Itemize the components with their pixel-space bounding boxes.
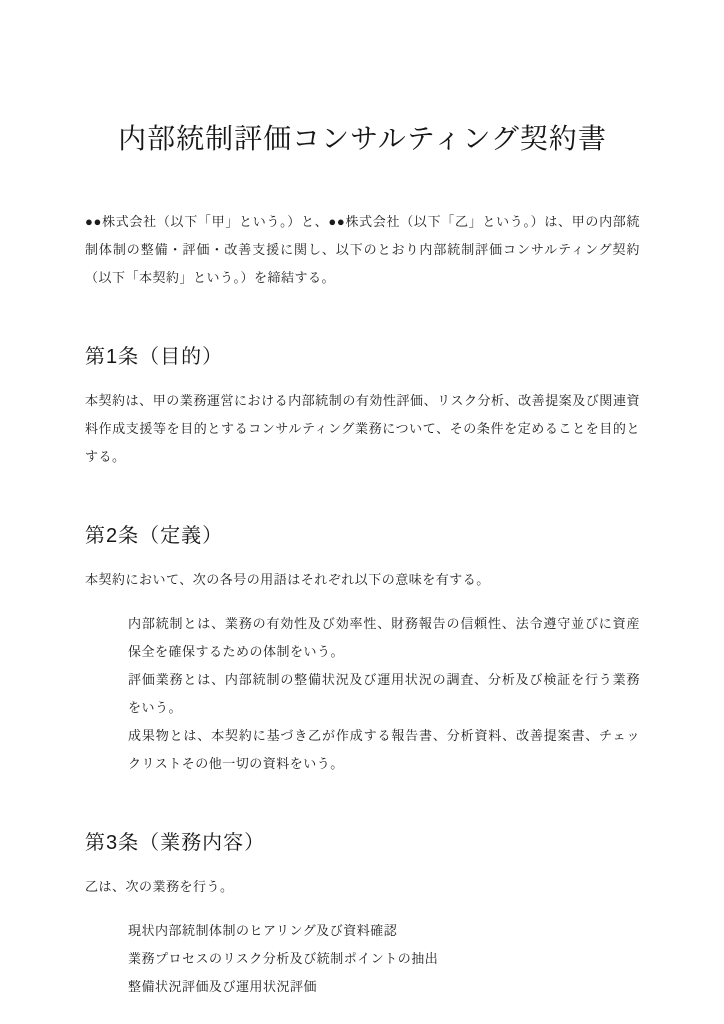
article-2-heading: 第2条（定義） — [85, 521, 640, 551]
contract-document-page: 内部統制評価コンサルティング契約書 ●●株式会社（以下「甲」という。）と、●●株… — [0, 0, 724, 1024]
task-item-hearing-and-document-check: 現状内部統制体制のヒアリング及び資料確認 — [128, 917, 640, 945]
definition-item-evaluation-work: 評価業務とは、内部統制の整備状況及び運用状況の調査、分析及び検証を行う業務をいう… — [128, 666, 640, 722]
article-1-body: 本契約は、甲の業務運営における内部統制の有効性評価、リスク分析、改善提案及び関連… — [85, 387, 640, 471]
article-1-heading: 第1条（目的） — [85, 342, 640, 372]
definition-item-deliverables: 成果物とは、本契約に基づき乙が作成する報告書、分析資料、改善提案書、チェックリス… — [128, 722, 640, 778]
article-2-definition-list: 内部統制とは、業務の有効性及び効率性、財務報告の信頼性、法令遵守並びに資産保全を… — [85, 610, 640, 778]
preamble-paragraph: ●●株式会社（以下「甲」という。）と、●●株式会社（以下「乙」という。）は、甲の… — [85, 208, 640, 292]
article-3-scope-of-work: 第3条（業務内容） 乙は、次の業務を行う。 現状内部統制体制のヒアリング及び資料… — [85, 828, 640, 1001]
article-3-heading: 第3条（業務内容） — [85, 828, 640, 858]
task-item-design-and-operation-evaluation: 整備状況評価及び運用状況評価 — [128, 973, 640, 1001]
document-title: 内部統制評価コンサルティング契約書 — [85, 118, 640, 160]
article-2-body: 本契約において、次の各号の用語はそれぞれ以下の意味を有する。 — [85, 566, 640, 594]
definition-item-internal-control: 内部統制とは、業務の有効性及び効率性、財務報告の信頼性、法令遵守並びに資産保全を… — [128, 610, 640, 666]
article-1-purpose: 第1条（目的） 本契約は、甲の業務運営における内部統制の有効性評価、リスク分析、… — [85, 342, 640, 471]
article-3-body: 乙は、次の業務を行う。 — [85, 873, 640, 901]
task-item-risk-analysis: 業務プロセスのリスク分析及び統制ポイントの抽出 — [128, 945, 640, 973]
article-2-definitions: 第2条（定義） 本契約において、次の各号の用語はそれぞれ以下の意味を有する。 内… — [85, 521, 640, 778]
article-3-task-list: 現状内部統制体制のヒアリング及び資料確認 業務プロセスのリスク分析及び統制ポイン… — [85, 917, 640, 1001]
